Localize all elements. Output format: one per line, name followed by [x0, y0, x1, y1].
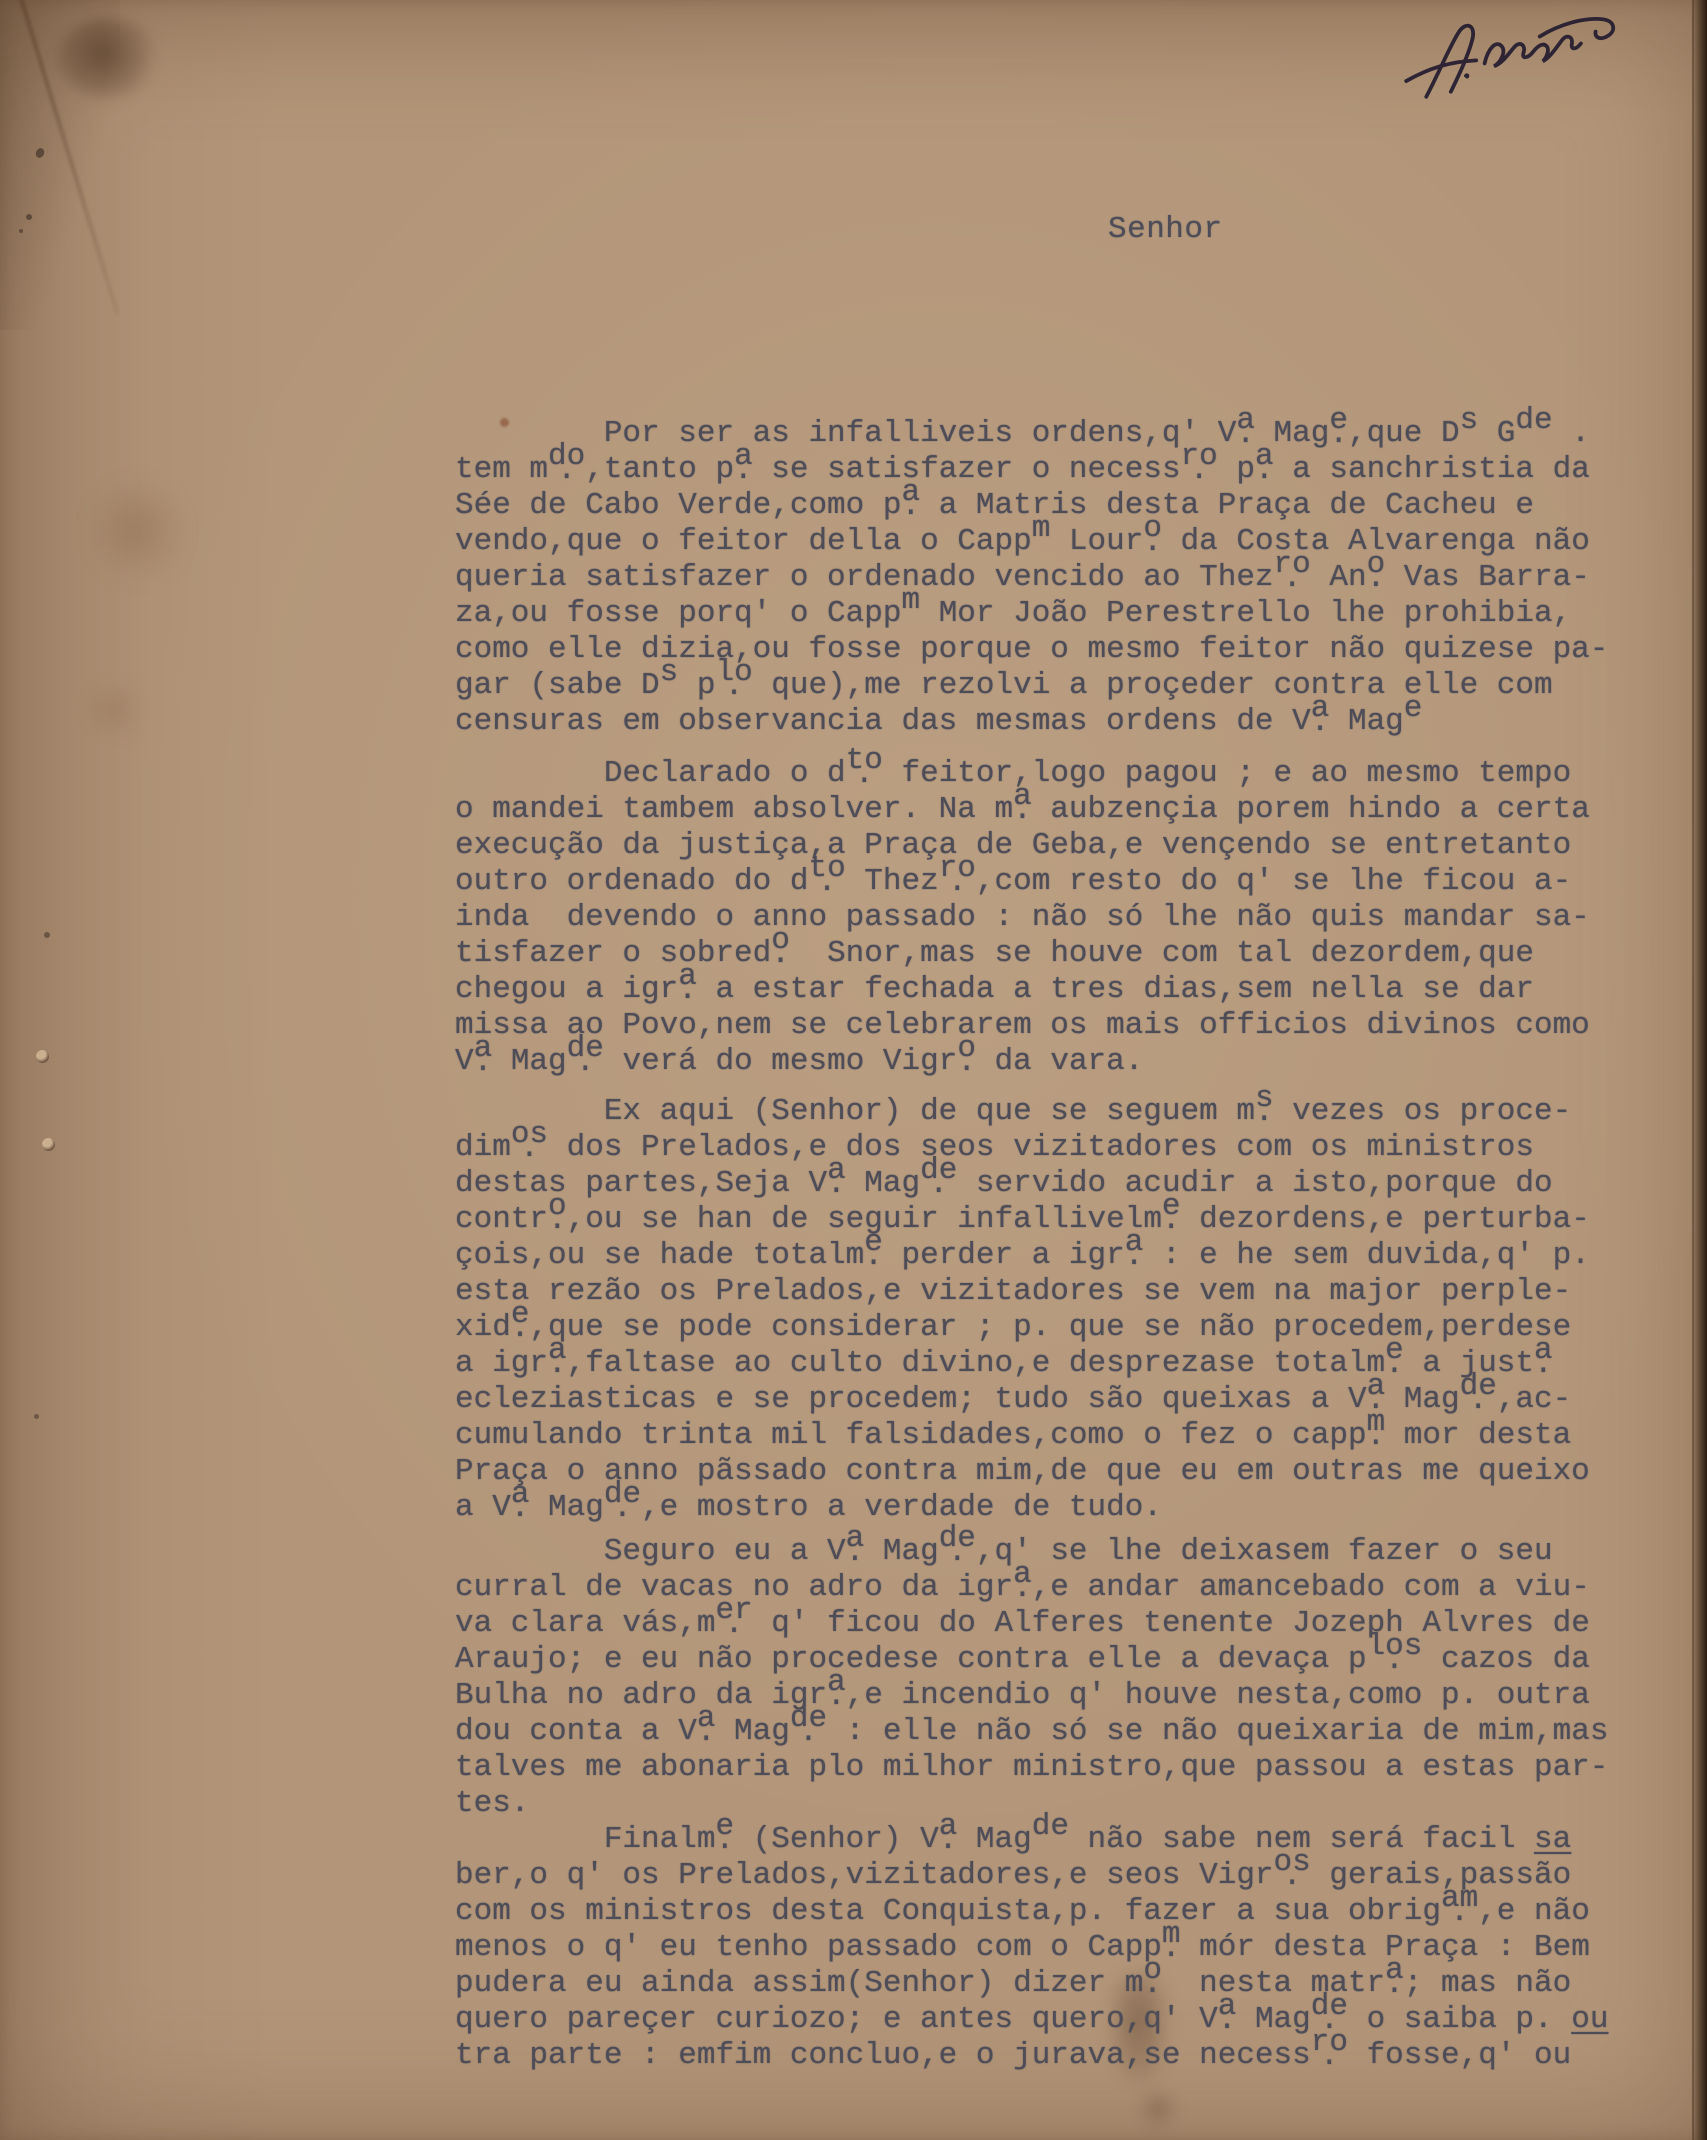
text-line: menos o q' eu tenho passado com o Cappm.… [455, 1930, 1705, 1966]
paper-stain [86, 680, 141, 740]
text-line: Ex aqui (Senhor) de que se seguem ms. ve… [455, 1094, 1705, 1130]
text-line: za,ou fosse porq' o Cappm Mor João Peres… [455, 596, 1705, 632]
punch-hole [36, 1050, 49, 1063]
text-line: Araujo; e eu não procedese contra elle a… [455, 1642, 1705, 1678]
text-line: ecleziasticas e se procedem; tudo são qu… [455, 1382, 1705, 1418]
text-line: tem mdo.,tanto pa. se satisfazer o neces… [455, 452, 1705, 488]
text-line: ber,o q' os Prelados,vizitadores,e seos … [455, 1858, 1705, 1894]
scanned-letter-page: Senhor Por ser as infalliveis ordens,q' … [0, 0, 1707, 2140]
text-line: a igra.,faltase ao culto divino,e despre… [455, 1346, 1705, 1382]
text-line: como elle dizia,ou fosse porque o mesmo … [455, 632, 1705, 668]
ink-speck [26, 214, 32, 220]
text-line: quero pareçer curiozo; e antes quero,q' … [455, 2002, 1705, 2038]
text-line: execução da justiça,a Praça de Geba,e ve… [455, 828, 1705, 864]
text-line: gar (sabe Ds plo. que),me rezolvi a proç… [455, 668, 1705, 704]
text-line: tes. [455, 1786, 1705, 1822]
text-line: Bulha no adro da igra.,e incendio q' hou… [455, 1678, 1705, 1714]
text-line: Finalme. (Senhor) Va. Magde não sabe nem… [455, 1822, 1705, 1858]
text-line: dimos. dos Prelados,e dos seos vizitador… [455, 1130, 1705, 1166]
text-line: Sée de Cabo Verde,como pa. a Matris dest… [455, 488, 1705, 524]
paragraph: Ex aqui (Senhor) de que se seguem ms. ve… [455, 1094, 1705, 1526]
text-line: va clara vás,mer. q' ficou do Alferes te… [455, 1606, 1705, 1642]
text-line: destas partes,Seja Va. Magde. servido ac… [455, 1166, 1705, 1202]
text-line: inda devendo o anno passado : não só lhe… [455, 900, 1705, 936]
text-line: esta rezão os Prelados,e vizitadores se … [455, 1274, 1705, 1310]
paper-stain [58, 18, 158, 98]
text-line: queria satisfazer o ordenado vencido ao … [455, 560, 1705, 596]
handwritten-initials-mark [1386, 0, 1637, 123]
ink-speck [44, 932, 50, 938]
text-line: censuras em observancia das mesmas orden… [455, 704, 1705, 740]
paper-stain [92, 470, 182, 590]
ink-speck [34, 1414, 39, 1419]
text-line: Por ser as infalliveis ordens,q' Va. Mag… [455, 416, 1705, 452]
paper-stain [1136, 2086, 1180, 2132]
text-line: com os ministros desta Conquista,p. faze… [455, 1894, 1705, 1930]
text-line: xide.,que se pode considerar ; p. que se… [455, 1310, 1705, 1346]
text-line: Praça o anno pãssado contra mim,de que e… [455, 1454, 1705, 1490]
text-line: a Va. Magde.,e mostro a verdade de tudo. [455, 1490, 1705, 1526]
text-line: curral de vacas no adro da igra.,e andar… [455, 1570, 1705, 1606]
text-line: Declarado o dto. feitor,logo pagou ; e a… [455, 756, 1705, 792]
letter-body: Por ser as infalliveis ordens,q' Va. Mag… [455, 416, 1705, 2074]
scan-edge-shadow [1691, 0, 1707, 2140]
punch-hole [42, 1138, 55, 1151]
text-line: tra parte : emfim concluo,e o jurava,se … [455, 2038, 1705, 2074]
text-line: vendo,que o feitor della o Cappm Louro. … [455, 524, 1705, 560]
paragraph: Declarado o dto. feitor,logo pagou ; e a… [455, 756, 1705, 1080]
text-line: tisfazer o sobredo. Snor,mas se houve co… [455, 936, 1705, 972]
paragraph: Seguro eu a Va. Magde.,q' se lhe deixase… [455, 1534, 1705, 1822]
text-line: Seguro eu a Va. Magde.,q' se lhe deixase… [455, 1534, 1705, 1570]
salutation: Senhor [1108, 212, 1223, 247]
text-line: dou conta a Va. Magde. : elle não só se … [455, 1714, 1705, 1750]
text-line: talves me abonaria plo milhor ministro,q… [455, 1750, 1705, 1786]
text-line: çois,ou se hade totalme. perder a igra. … [455, 1238, 1705, 1274]
ink-speck [19, 229, 23, 233]
text-line: contro.,ou se han de seguir infallivelme… [455, 1202, 1705, 1238]
paragraph: Por ser as infalliveis ordens,q' Va. Mag… [455, 416, 1705, 740]
text-line: outro ordenado do dto. Thezro.,com resto… [455, 864, 1705, 900]
paragraph: Finalme. (Senhor) Va. Magde não sabe nem… [455, 1822, 1705, 2074]
text-line: chegou a igra. a estar fechada a tres di… [455, 972, 1705, 1008]
text-line: cumulando trinta mil falsidades,como o f… [455, 1418, 1705, 1454]
text-line: Va. Magde. verá do mesmo Vigro. da vara. [455, 1044, 1705, 1080]
text-line: pudera eu ainda assim(Senhor) dizer mo. … [455, 1966, 1705, 2002]
text-line: missa ao Povo,nem se celebrarem os mais … [455, 1008, 1705, 1044]
text-line: o mandei tambem absolver. Na ma. aubzenç… [455, 792, 1705, 828]
